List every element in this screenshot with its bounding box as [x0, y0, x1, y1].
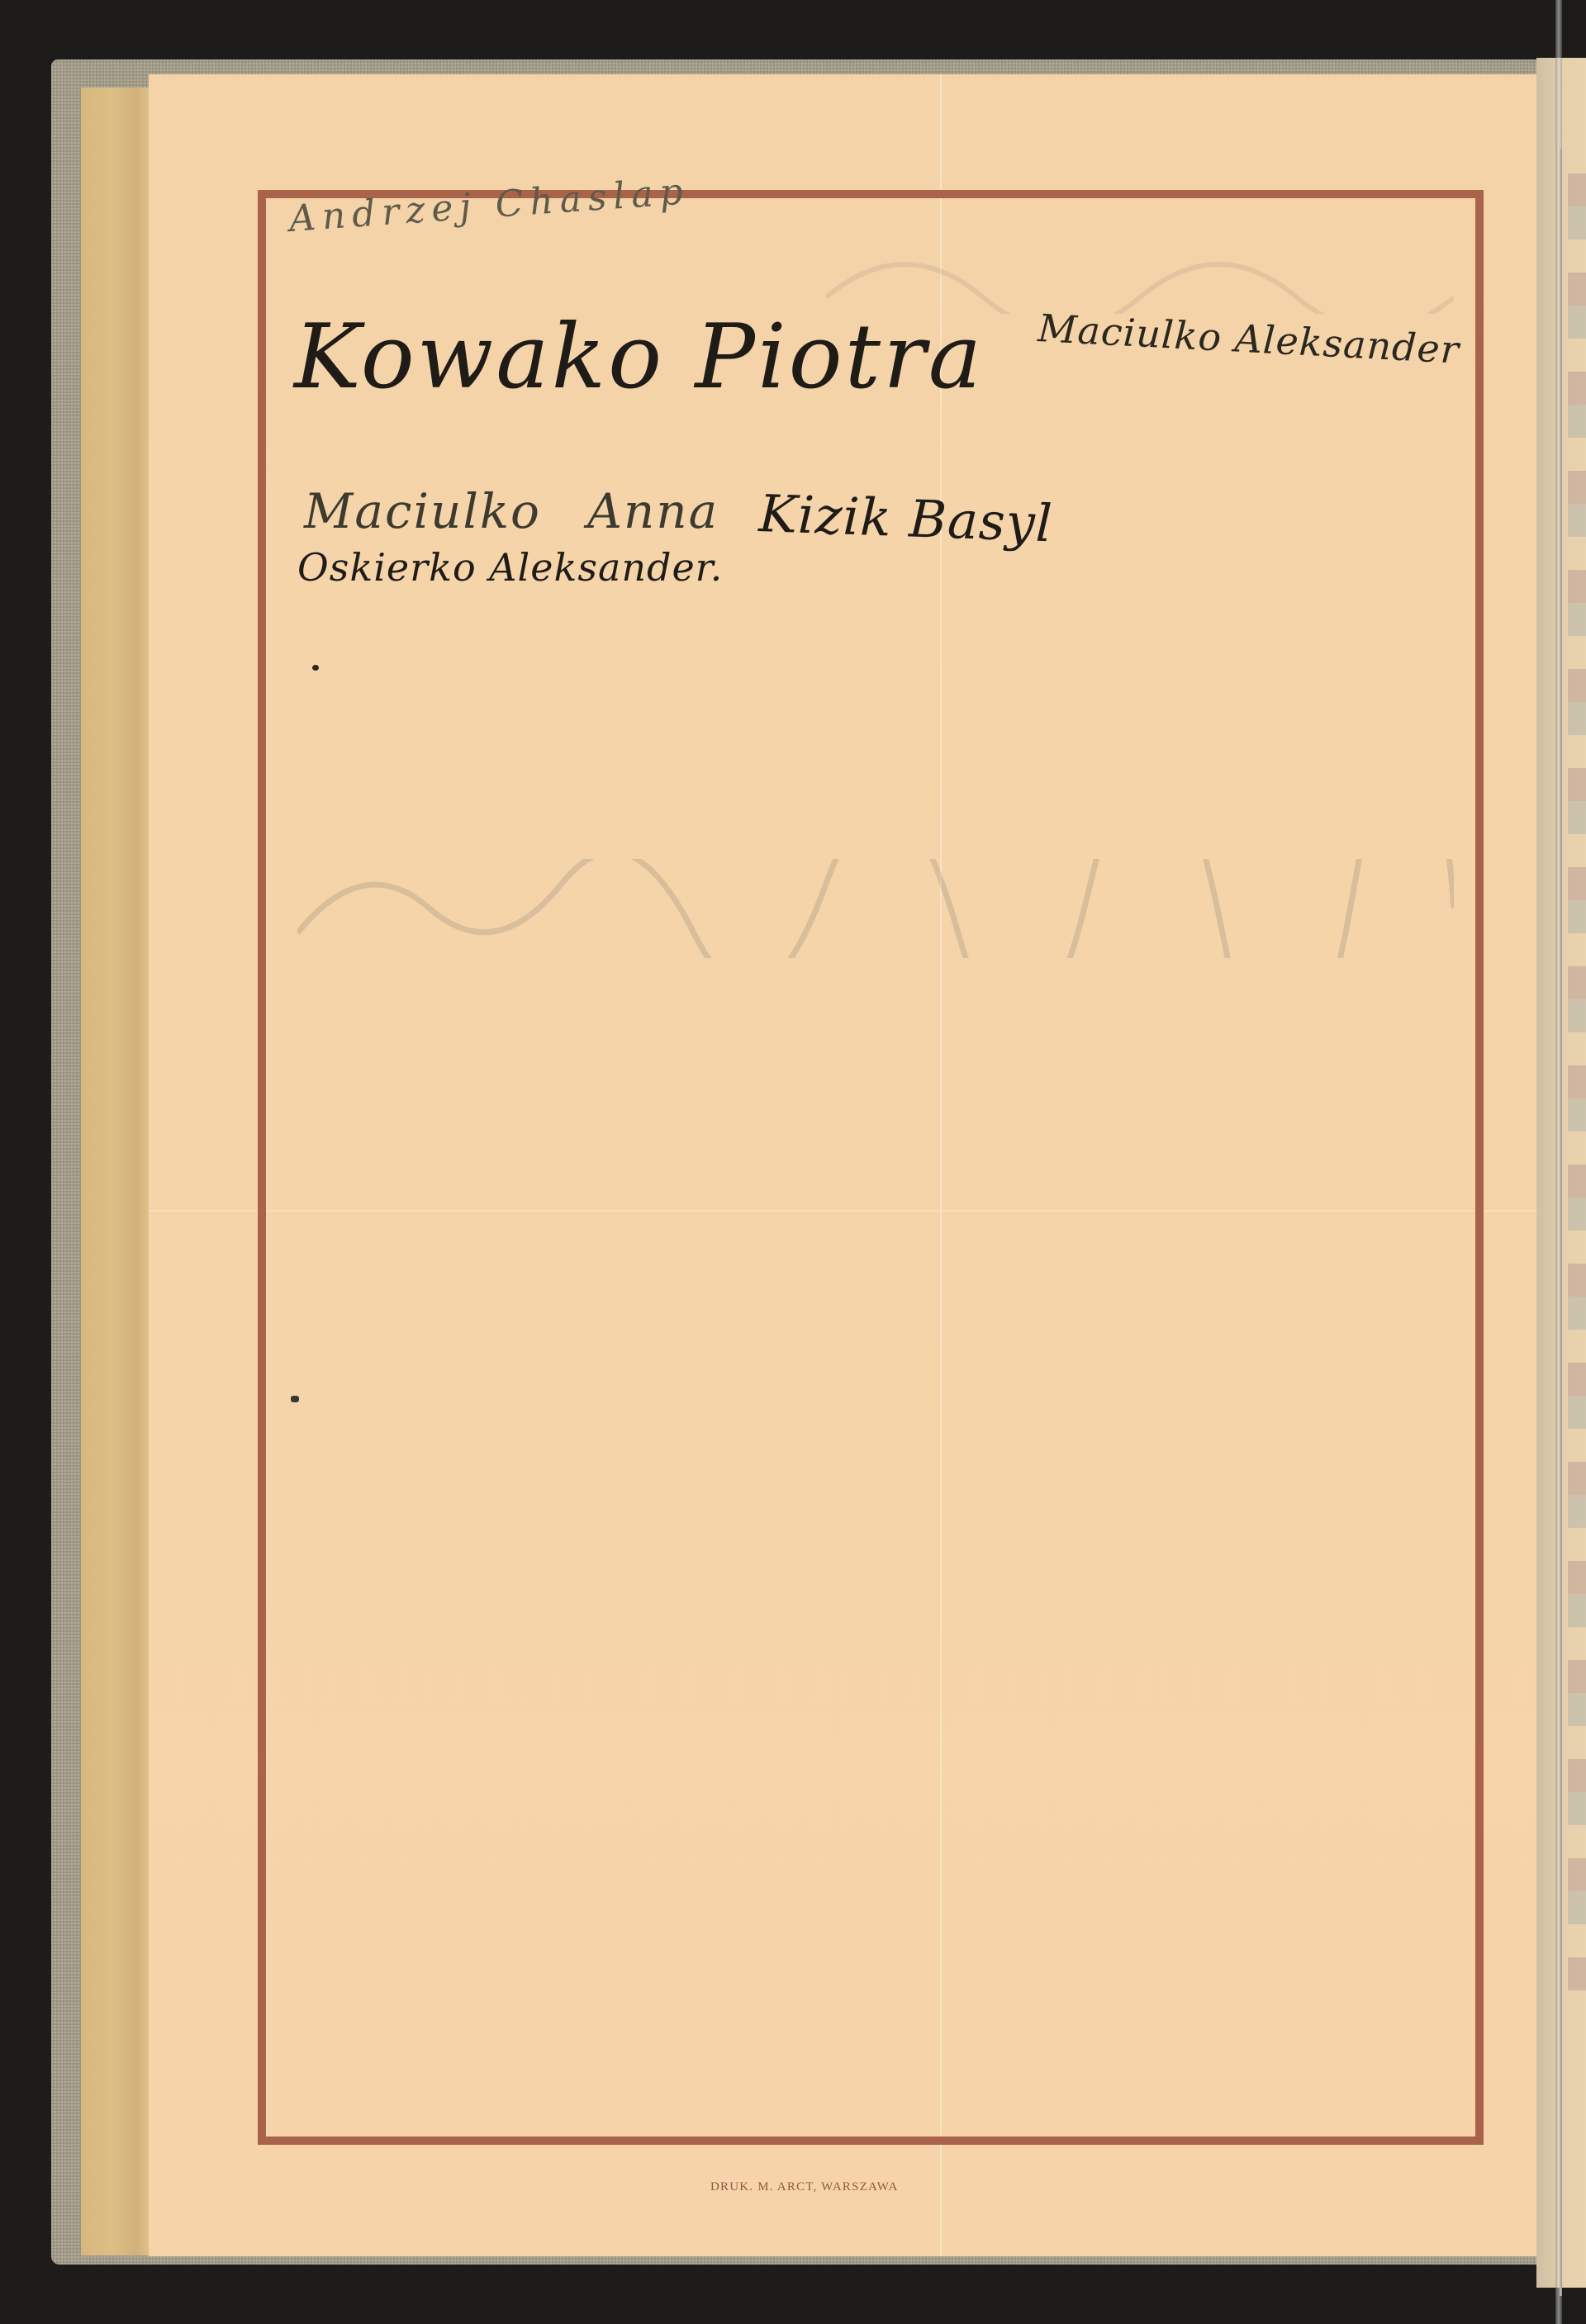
signature-given-name: Anna [587, 483, 719, 539]
signature-maciulko-anna: MaciulkoAnna [304, 483, 719, 539]
printer-imprint: DRUK. M. ARCT, WARSZAWA [710, 2180, 1041, 2194]
facing-page-ornament [1568, 173, 1586, 1990]
signature-kowako-piotra: Kowako Piotra [294, 306, 984, 409]
ink-blot [312, 665, 319, 671]
ink-blot [291, 1396, 299, 1402]
page-edge-stack [81, 88, 155, 2255]
signature-oskierko-aleksander: Oskierko Aleksander. [297, 545, 723, 590]
plastic-sleeve-edge [1555, 0, 1562, 2324]
signature-kizik-basyl: Kizik Basyl [757, 483, 1053, 553]
signature-surname: Maciulko [304, 483, 541, 539]
